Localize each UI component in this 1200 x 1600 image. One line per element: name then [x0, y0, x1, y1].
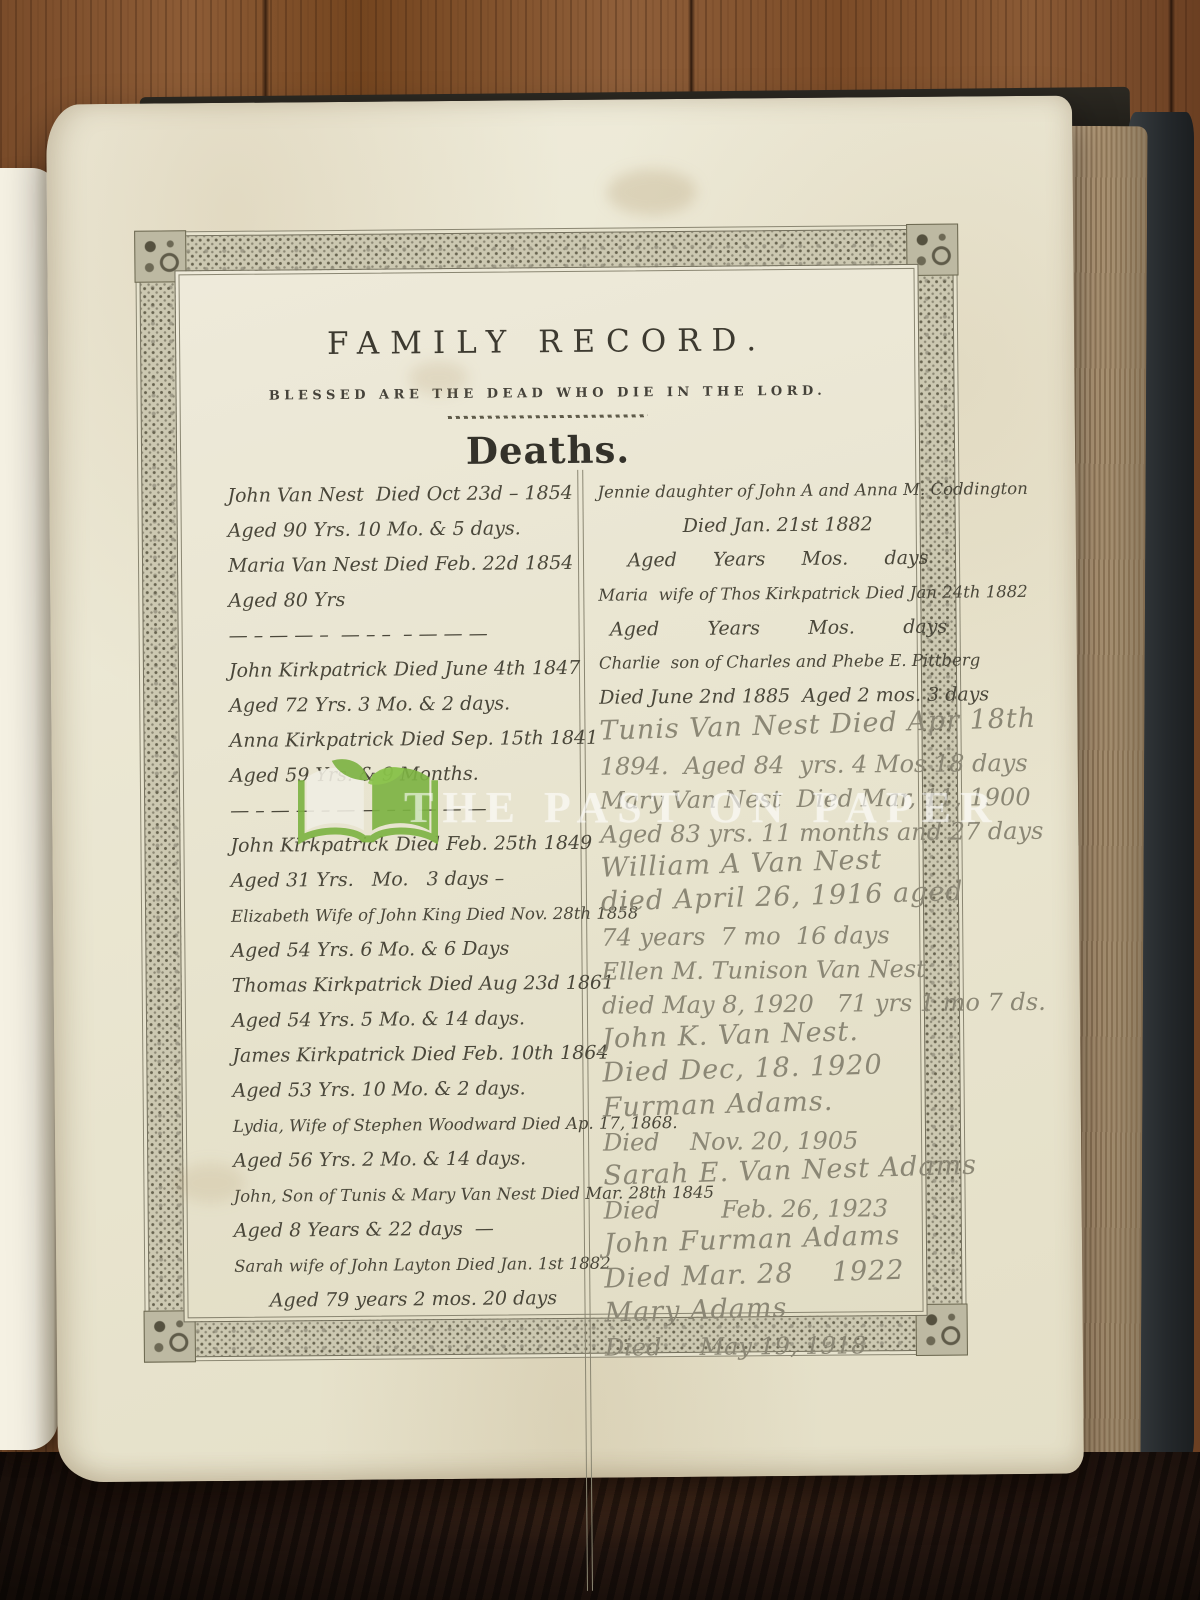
record-line: James Kirkpatrick Died Feb. 10th 1864	[232, 1036, 590, 1074]
record-line: Aged 31 Yrs. Mo. 3 days –	[231, 861, 589, 899]
record-line: John Kirkpatrick Died Feb. 25th 1849	[230, 826, 588, 864]
record-line: Aged 80 Yrs	[228, 581, 586, 619]
record-line: Aged Years Mos. days	[598, 609, 958, 646]
record-line: 74 years 7 mo 16 days	[601, 917, 961, 954]
record-line: Died Jan. 21st 1882	[598, 507, 958, 544]
record-line: Aged 59 Yrs. & 9 Months.	[230, 756, 588, 794]
page-subtitle: BLESSED ARE THE DEAD WHO DIE IN THE LORD…	[216, 383, 878, 404]
record-line: Aged 90 Yrs. 10 Mo. & 5 days.	[228, 511, 586, 549]
section-heading-deaths: Deaths.	[217, 425, 879, 475]
record-line: Aged 54 Yrs. 6 Mo. & 6 Days	[231, 931, 589, 969]
frame-inner-area: FAMILY RECORD. BLESSED ARE THE DEAD WHO …	[174, 264, 927, 1322]
record-line: Charlie son of Charles and Phebe E. Pitt…	[599, 644, 959, 681]
record-line: Aged Years Mos. days	[598, 541, 958, 578]
record-columns: John Van Nest Died Oct 23d – 1854Aged 90…	[213, 473, 963, 1589]
record-line: Maria wife of Thos Kirkpatrick Died Jan …	[598, 575, 958, 612]
page-title: FAMILY RECORD.	[216, 321, 878, 363]
record-line: 1894. Aged 84 yrs. 4 Mos 18 days	[600, 746, 960, 783]
record-line: Anna Kirkpatrick Died Sep. 15th 1841	[229, 721, 587, 759]
printed-header: FAMILY RECORD. BLESSED ARE THE DEAD WHO …	[216, 321, 879, 475]
record-line: Aged 72 Yrs. 3 Mo. & 2 days.	[229, 686, 587, 724]
record-line: John Kirkpatrick Died June 4th 1847	[229, 651, 587, 689]
family-record-page: FAMILY RECORD. BLESSED ARE THE DEAD WHO …	[46, 96, 1084, 1483]
record-line: — – — — – — — – – — — —	[230, 791, 588, 829]
right-record-column: Jennie daughter of John A and Anna M. Co…	[589, 473, 967, 1586]
page-stain	[607, 169, 697, 216]
record-line: Maria Van Nest Died Feb. 22d 1854	[228, 546, 586, 584]
record-line: Jennie daughter of John A and Anna M. Co…	[597, 473, 957, 510]
left-record-column: John Van Nest Died Oct 23d – 1854Aged 90…	[213, 476, 595, 1589]
record-line: Sarah wife of John Layton Died Jan. 1st …	[234, 1246, 592, 1284]
record-line: Elizabeth Wife of John King Died Nov. 28…	[231, 896, 589, 934]
ornamental-border-frame: FAMILY RECORD. BLESSED ARE THE DEAD WHO …	[139, 229, 963, 1358]
record-line: John Van Nest Died Oct 23d – 1854	[227, 476, 585, 514]
record-line: Thomas Kirkpatrick Died Aug 23d 1861	[232, 966, 590, 1004]
record-line: Aged 53 Yrs. 10 Mo. & 2 days.	[232, 1071, 590, 1109]
record-line: Lydia, Wife of Stephen Woodward Died Ap.…	[233, 1106, 591, 1144]
record-line: Aged 8 Years & 22 days —	[234, 1211, 592, 1249]
record-line: Died May 19, 1918	[605, 1328, 965, 1365]
record-line: Aged 54 Yrs. 5 Mo. & 14 days.	[232, 1001, 590, 1039]
record-line: Aged 79 years 2 mos. 20 days	[234, 1281, 592, 1319]
record-line: John, Son of Tunis & Mary Van Nest Died …	[233, 1176, 591, 1214]
record-line: Mary Van Nest Died Mar, 11, 1900	[600, 780, 960, 817]
record-line: — – — — – — – – – — — —	[229, 616, 587, 654]
wavy-rule	[448, 414, 648, 419]
record-line: Aged 56 Yrs. 2 Mo. & 14 days.	[233, 1141, 591, 1179]
record-line: Ellen M. Tunison Van Nest	[601, 951, 961, 988]
